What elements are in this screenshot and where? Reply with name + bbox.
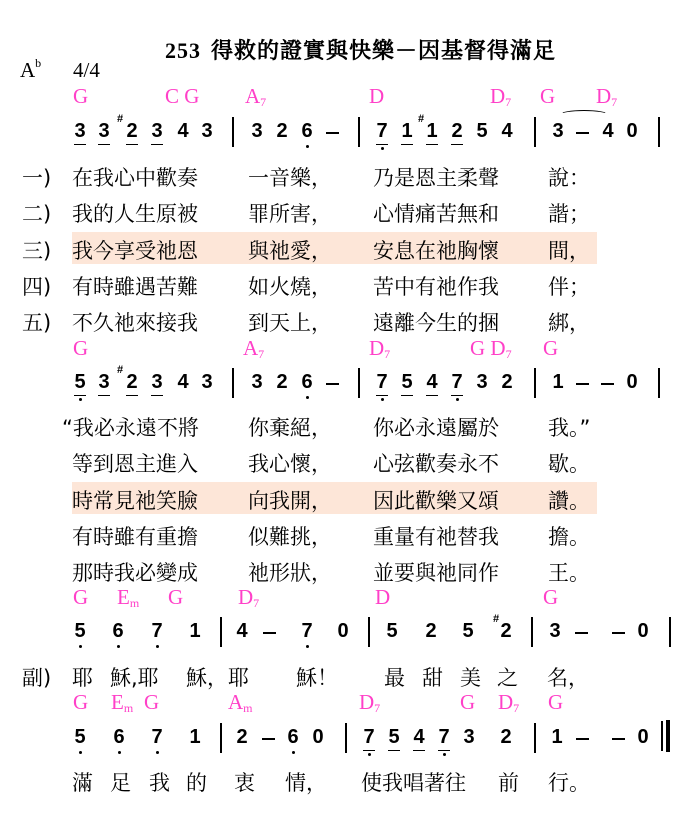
barline (368, 617, 370, 647)
note: 1 (424, 120, 440, 143)
lyric-word: 衷 (234, 767, 255, 797)
barline (358, 117, 360, 147)
note: 3 (96, 371, 112, 394)
note: 2 (498, 726, 514, 749)
lyric-word: 穌！ (296, 662, 338, 692)
lyric-word: 滿 (72, 767, 93, 797)
note: 7 (149, 726, 165, 749)
note: 7 (374, 371, 390, 394)
lyric-phrase: 間， (548, 235, 590, 265)
lyric-phrase: 祂形狀， (248, 557, 332, 587)
final-barline-thin (661, 721, 663, 751)
lyric-phrase: 乃是恩主柔聲 (373, 162, 499, 192)
chord: D7 (596, 84, 617, 110)
note: 5 (460, 620, 476, 643)
note: 5 (384, 620, 400, 643)
note: 4 (499, 120, 515, 143)
lyric-phrase: 向我開， (248, 485, 332, 515)
note: 3 (199, 371, 215, 394)
lyric-phrase: 讚。 (548, 485, 590, 515)
note: 1 (549, 726, 565, 749)
note: 3 (249, 120, 265, 143)
hymn-number: 253 (165, 38, 201, 63)
sustain-dash (612, 632, 625, 634)
note: 0 (624, 120, 640, 143)
lyric-phrase: 遠離今生的捆 (373, 307, 499, 337)
lyric-phrase: 我今享受祂恩 (72, 235, 198, 265)
note: 3 (199, 120, 215, 143)
note: 3 (249, 371, 265, 394)
note: 1 (187, 726, 203, 749)
lyric-phrase: 似難挑， (248, 521, 332, 551)
lyric-phrase: 王。 (548, 557, 590, 587)
barline (534, 723, 536, 753)
low-octave-dot (79, 751, 82, 754)
chord: D7 (369, 336, 390, 362)
barline (232, 368, 234, 398)
sustain-dash (263, 632, 276, 634)
barline (220, 617, 222, 647)
barline (220, 723, 222, 753)
low-octave-dot (381, 398, 384, 401)
note: 2 (124, 371, 140, 394)
barline (669, 617, 671, 647)
note: 2 (234, 726, 250, 749)
sustain-dash (326, 132, 339, 134)
note: 2 (274, 371, 290, 394)
barline (534, 368, 536, 398)
chord: D7 (498, 690, 519, 716)
note: 3 (461, 726, 477, 749)
low-octave-dot (117, 645, 120, 648)
note: 7 (374, 120, 390, 143)
lyric-phrase: 伴； (548, 271, 590, 301)
low-octave-dot (368, 753, 371, 756)
note: 4 (234, 620, 250, 643)
lyric-phrase: 一音樂， (248, 162, 332, 192)
final-barline-thick (666, 720, 670, 752)
note: 0 (624, 371, 640, 394)
sustain-dash (575, 632, 588, 634)
barline (658, 368, 660, 398)
barline (658, 117, 660, 147)
low-octave-dot (156, 645, 159, 648)
chord: D7 (359, 690, 380, 716)
low-octave-dot (118, 751, 121, 754)
key-accidental: b (35, 56, 41, 70)
chord: G (73, 585, 88, 610)
key-letter: A (20, 58, 35, 82)
note: 5 (399, 371, 415, 394)
sharp-icon: # (117, 113, 123, 125)
lyric-phrase: 等到恩主進入 (72, 448, 198, 478)
lyric-phrase: 罪所害， (248, 198, 332, 228)
lyric-word: 最 (384, 662, 405, 692)
hymn-title: 253得救的證實與快樂－因基督得滿足 (165, 34, 556, 65)
barline (345, 723, 347, 753)
verse-label: 五) (22, 307, 51, 337)
sustain-dash (576, 132, 589, 134)
low-octave-dot (79, 645, 82, 648)
low-octave-dot (456, 398, 459, 401)
barline (534, 117, 536, 147)
low-octave-dot (156, 751, 159, 754)
lyric-phrase: 有時雖有重擔 (72, 521, 198, 551)
note: 7 (361, 726, 377, 749)
note: 2 (274, 120, 290, 143)
note: 3 (550, 120, 566, 143)
lyric-phrase: 說： (548, 162, 590, 192)
note: 6 (299, 371, 315, 394)
chord: A7 (243, 336, 264, 362)
tie-arc (560, 110, 608, 119)
note: 7 (299, 620, 315, 643)
chorus-label: 副) (22, 662, 51, 692)
lyric-word: 美 (460, 662, 481, 692)
verse-label: 一) (22, 162, 51, 192)
note: 1 (399, 120, 415, 143)
note: 5 (72, 620, 88, 643)
note: 5 (72, 726, 88, 749)
chord: D7 (490, 84, 511, 110)
chord: D (375, 585, 390, 610)
note: 2 (498, 620, 514, 643)
low-octave-dot (306, 396, 309, 399)
lyric-phrase: 我的人生原被 (72, 198, 198, 228)
chord: G (73, 690, 88, 715)
note: 7 (449, 371, 465, 394)
note: 6 (285, 726, 301, 749)
note: 4 (600, 120, 616, 143)
note: 4 (411, 726, 427, 749)
lyric-word: 之 (497, 662, 518, 692)
low-octave-dot (443, 753, 446, 756)
chord: D (369, 84, 384, 109)
lyric-word: 我 (149, 767, 170, 797)
lyric-phrase: 與祂愛， (248, 235, 332, 265)
lyric-word: 行。 (548, 767, 590, 797)
lyric-phrase: 安息在祂胸懷 (373, 235, 499, 265)
note: 1 (550, 371, 566, 394)
note: 6 (111, 726, 127, 749)
lyric-word: 足 (110, 767, 131, 797)
lyric-word: 甜 (422, 662, 443, 692)
lyric-word: 的 (186, 767, 207, 797)
lyric-phrase: 那時我必變成 (72, 557, 198, 587)
sustain-dash (601, 383, 614, 385)
chord: G (168, 585, 183, 610)
low-octave-dot (79, 398, 82, 401)
lyric-phrase: 擔。 (548, 521, 590, 551)
verse-label: 四) (22, 271, 51, 301)
chord: G (548, 690, 563, 715)
lyric-phrase: 你必永遠屬於 (373, 412, 499, 442)
lyric-word: 前 (498, 767, 519, 797)
chord: Am (228, 690, 253, 716)
note: 2 (499, 371, 515, 394)
lyric-phrase: “我必永遠不將 (62, 412, 199, 442)
lyric-phrase: 重量有祂替我 (373, 521, 499, 551)
lyric-phrase: 並要與祂同作 (373, 557, 499, 587)
lyric-word: 名， (547, 662, 589, 692)
lyric-phrase: 我。” (548, 412, 590, 442)
chord: D7 (238, 585, 259, 611)
sustain-dash (576, 738, 589, 740)
low-octave-dot (306, 145, 309, 148)
time-signature: 4/4 (73, 58, 100, 83)
note: 5 (386, 726, 402, 749)
lyric-word: 穌,耶 (110, 662, 159, 692)
chord: G (73, 336, 88, 361)
sharp-icon: # (117, 364, 123, 376)
lyric-phrase: 苦中有祂作我 (373, 271, 499, 301)
chord: Em (117, 585, 139, 611)
lyric-phrase: 諧； (548, 198, 590, 228)
chord: G (543, 336, 558, 361)
note: 0 (635, 726, 651, 749)
chord: G (460, 690, 475, 715)
note: 4 (175, 120, 191, 143)
lyric-phrase: 歇。 (548, 448, 590, 478)
chord: G (144, 690, 159, 715)
note: 3 (149, 120, 165, 143)
note: 3 (474, 371, 490, 394)
barline (531, 617, 533, 647)
lyric-phrase: 因此歡樂又頌 (373, 485, 499, 515)
note: 3 (149, 371, 165, 394)
low-octave-dot (306, 645, 309, 648)
note: 5 (474, 120, 490, 143)
note: 3 (72, 120, 88, 143)
hymn-title-text: 得救的證實與快樂－因基督得滿足 (211, 39, 556, 64)
note: 7 (436, 726, 452, 749)
note: 4 (424, 371, 440, 394)
chord: G (540, 84, 555, 109)
note: 6 (299, 120, 315, 143)
verse-label: 二) (22, 198, 51, 228)
low-octave-dot (292, 751, 295, 754)
lyric-phrase: 到天上， (248, 307, 332, 337)
note: 1 (187, 620, 203, 643)
lyric-word: 耶 (72, 662, 93, 692)
note: 5 (72, 371, 88, 394)
lyric-phrase: 綁， (548, 307, 590, 337)
lyric-phrase: 時常見祂笑臉 (72, 485, 198, 515)
lyric-phrase: 在我心中歡奏 (72, 162, 198, 192)
lyric-word: 穌，耶 (186, 662, 249, 692)
note: 0 (635, 620, 651, 643)
note: 0 (335, 620, 351, 643)
lyric-phrase: 心弦歡奏永不 (373, 448, 499, 478)
barline (358, 368, 360, 398)
lyric-phrase: 我心懷， (248, 448, 332, 478)
lyric-phrase: 心情痛苦無和 (373, 198, 499, 228)
note: 3 (96, 120, 112, 143)
chord: G (543, 585, 558, 610)
lyric-word: 情， (285, 767, 327, 797)
note: 3 (547, 620, 563, 643)
key-signature: Ab (20, 58, 41, 83)
note: 7 (149, 620, 165, 643)
sustain-dash (326, 383, 339, 385)
verse-label: 三) (22, 235, 51, 265)
barline (232, 117, 234, 147)
sustain-dash (612, 738, 625, 740)
chord: C G (165, 84, 199, 109)
low-octave-dot (381, 147, 384, 150)
lyric-phrase: 你棄絕， (248, 412, 332, 442)
lyric-word: 使我唱著往 (361, 767, 466, 797)
sustain-dash (576, 383, 589, 385)
lyric-phrase: 有時雖遇苦難 (72, 271, 198, 301)
note: 0 (310, 726, 326, 749)
note: 2 (124, 120, 140, 143)
note: 6 (110, 620, 126, 643)
note: 2 (449, 120, 465, 143)
sustain-dash (262, 738, 275, 740)
chord: Em (111, 690, 133, 716)
lyric-phrase: 如火燒， (248, 271, 332, 301)
note: 4 (175, 371, 191, 394)
chord: G (73, 84, 88, 109)
note: 2 (423, 620, 439, 643)
chord: A7 (245, 84, 266, 110)
chord: G D7 (470, 336, 512, 362)
lyric-phrase: 不久祂來接我 (72, 307, 198, 337)
